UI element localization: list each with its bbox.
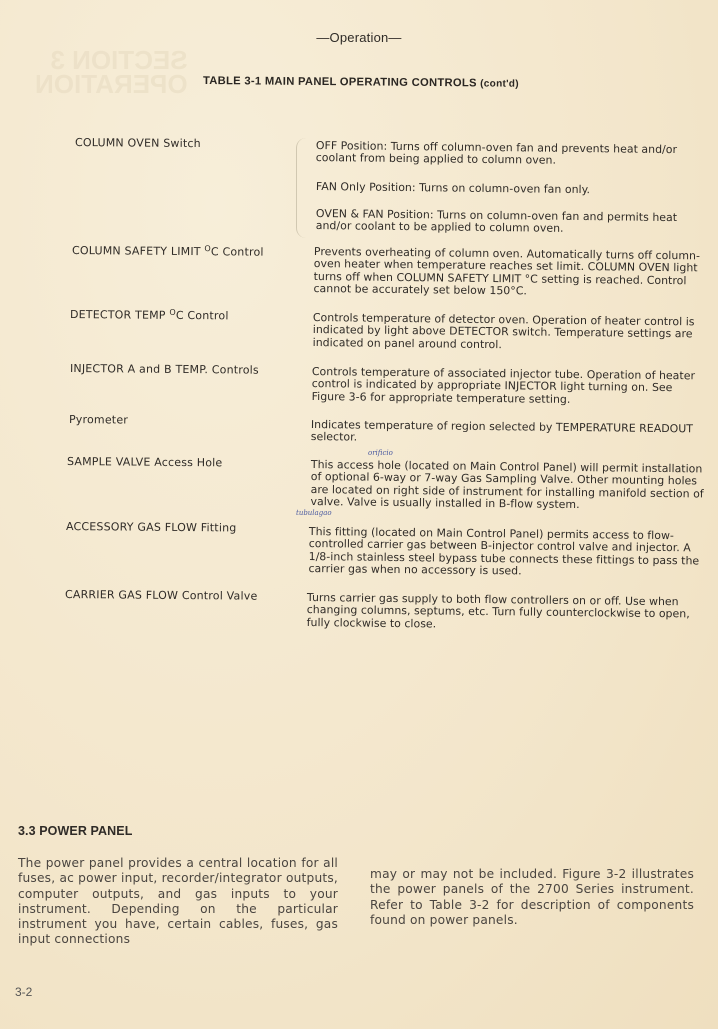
control-description: This access hole (located on Main Contro… xyxy=(310,459,706,513)
body-paragraph-right: may or may not be included. Figure 3-2 i… xyxy=(370,867,694,928)
show-through-text: SECTION 3 OPERATION xyxy=(35,48,188,96)
running-head: —Operation— xyxy=(0,30,718,45)
handwritten-note: orificio xyxy=(368,449,393,457)
control-label: Pyrometer xyxy=(69,413,128,427)
control-description: Controls temperature of associated injec… xyxy=(312,366,707,408)
section-heading: 3.3 POWER PANEL xyxy=(18,824,132,838)
show-through-line: OPERATION xyxy=(35,72,188,96)
control-label-text: DETECTOR TEMP xyxy=(70,308,170,322)
control-description: Indicates temperature of region selected… xyxy=(311,419,706,448)
control-description: OVEN & FAN Position: Turns on column-ove… xyxy=(316,208,711,237)
control-label-text: C Control xyxy=(211,245,264,258)
control-label: SAMPLE VALVE Access Hole xyxy=(67,455,223,469)
handwritten-note: tubulagao xyxy=(296,509,332,517)
control-label: CARRIER GAS FLOW Control Valve xyxy=(65,588,258,603)
control-label-text: COLUMN SAFETY LIMIT xyxy=(72,244,205,258)
control-label: ACCESSORY GAS FLOW Fitting xyxy=(66,520,237,534)
control-description: Turns carrier gas supply to both flow co… xyxy=(307,592,702,634)
table-title: TABLE 3-1 MAIN PANEL OPERATING CONTROLS … xyxy=(203,75,519,90)
control-label: COLUMN OVEN Switch xyxy=(75,136,201,150)
control-description: FAN Only Position: Turns on column-oven … xyxy=(316,181,711,198)
control-label: COLUMN SAFETY LIMIT OC Control xyxy=(72,243,264,259)
table-title-suffix: (cont'd) xyxy=(480,78,519,89)
control-label-text: C Control xyxy=(176,309,229,322)
body-paragraph-left: The power panel provides a central locat… xyxy=(18,856,338,948)
control-description: Prevents overheating of column oven. Aut… xyxy=(313,246,709,300)
brace-bracket xyxy=(296,138,309,238)
control-description: This fitting (located on Main Control Pa… xyxy=(308,526,704,580)
page-number: 3-2 xyxy=(15,985,32,999)
control-label: INJECTOR A and B TEMP. Controls xyxy=(70,362,259,377)
control-description: Controls temperature of detector oven. O… xyxy=(313,312,708,354)
table-title-main: TABLE 3-1 MAIN PANEL OPERATING CONTROLS xyxy=(203,75,480,89)
control-description: OFF Position: Turns off column-oven fan … xyxy=(316,140,711,169)
control-label: DETECTOR TEMP OC Control xyxy=(70,307,229,322)
